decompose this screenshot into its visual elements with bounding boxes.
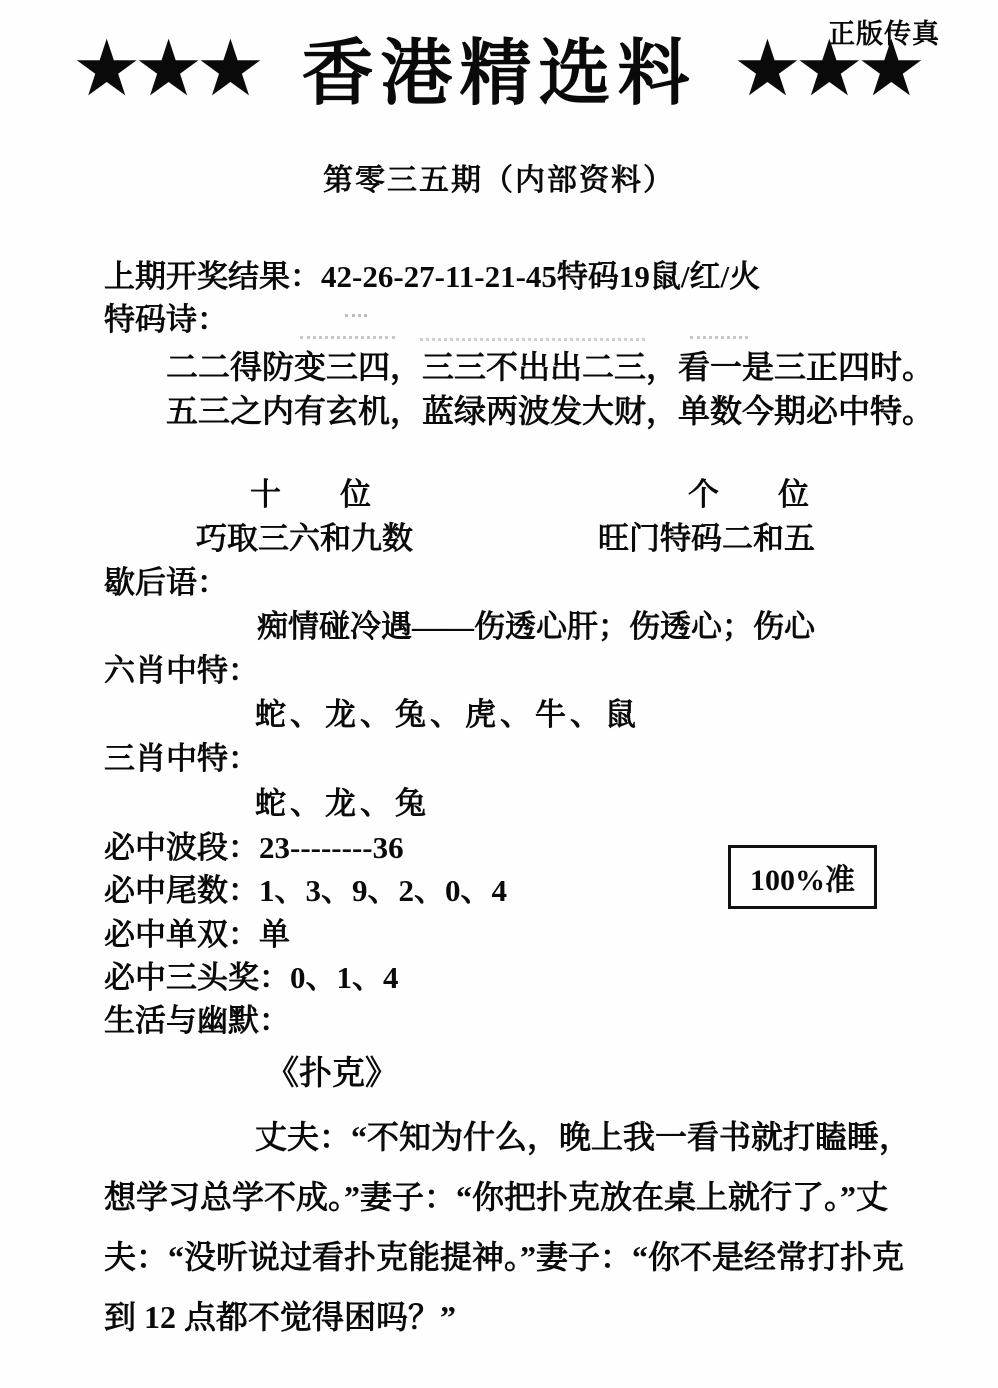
tens-column-tip: 巧取三六和九数	[196, 522, 413, 556]
humor-line-1: 丈夫：“不知为什么，晚上我一看书就打瞌睡，	[255, 1120, 911, 1155]
issue-subtitle: 第零三五期（内部资料）	[0, 155, 998, 199]
prediction-row-tail-numbers: 必中尾数：1、3、9、2、0、4	[104, 874, 507, 908]
prediction-row-head-numbers: 必中三头奖：0、1、4	[104, 961, 399, 995]
stars-right-icon: ★★★	[733, 30, 927, 108]
humor-line-3: 夫：“没听说过看扑克能提神。”妻子：“你不是经常打扑克	[104, 1240, 904, 1275]
units-column-header: 个 位	[688, 478, 823, 512]
last-draw-result: 上期开奖结果：42-26-27-11-21-45特码19鼠/红/火	[104, 260, 760, 294]
three-zodiac-value: 蛇、龙、兔	[255, 787, 430, 821]
accuracy-badge: 100%准	[728, 845, 877, 909]
prediction-row-odd-even: 必中单双：单	[104, 918, 290, 952]
humor-story-title: 《扑克》	[266, 1056, 398, 1092]
poem-line-1: 二二得防变三四，三三不出出二三，看一是三正四时。	[166, 350, 934, 385]
fax-smudge-artifact	[345, 314, 367, 317]
three-zodiac-label: 三肖中特：	[104, 742, 259, 776]
fax-page: 正版传真 ★★★ 香港精选料 ★★★ 第零三五期（内部资料） 上期开奖结果：42…	[0, 0, 998, 1388]
title-row: ★★★ 香港精选料 ★★★	[0, 28, 998, 110]
prediction-value: 1、3、9、2、0、4	[259, 873, 507, 908]
result-label: 上期开奖结果：	[104, 259, 321, 294]
prediction-label: 必中尾数：	[104, 873, 259, 908]
prediction-label: 必中波段：	[104, 830, 259, 865]
units-column-tip: 旺门特码二和五	[598, 522, 815, 556]
xiehouyu-text: 痴情碰冷遇——伤透心肝；伤透心；伤心	[257, 610, 815, 644]
prediction-value: 单	[259, 917, 290, 952]
prediction-value: 0、1、4	[290, 960, 399, 995]
fax-smudge-artifact	[300, 336, 395, 339]
prediction-label: 必中单双：	[104, 917, 259, 952]
poem-label: 特码诗：	[104, 303, 228, 337]
six-zodiac-value: 蛇、龙、兔、虎、牛、鼠	[255, 698, 640, 732]
fax-smudge-artifact	[690, 336, 748, 339]
poem-line-2: 五三之内有玄机，蓝绿两波发大财，单数今期必中特。	[166, 394, 934, 429]
tens-column-header: 十 位	[250, 478, 385, 512]
humor-line-4: 到 12 点都不觉得困吗？”	[104, 1300, 456, 1335]
six-zodiac-label: 六肖中特：	[104, 654, 259, 688]
prediction-row-wave-range: 必中波段：23--------36	[104, 831, 404, 865]
prediction-value: 23--------36	[259, 830, 404, 865]
humor-line-2: 想学习总学不成。”妻子：“你把扑克放在桌上就行了。”丈	[104, 1180, 888, 1215]
accuracy-badge-text: 100%准	[750, 855, 855, 899]
humor-section-label: 生活与幽默：	[104, 1004, 290, 1038]
page-title: 香港精选料	[301, 28, 696, 110]
prediction-label: 必中三头奖：	[104, 960, 290, 995]
result-value: 42-26-27-11-21-45特码19鼠/红/火	[321, 259, 760, 294]
stars-left-icon: ★★★	[72, 30, 266, 108]
fax-smudge-artifact	[420, 338, 645, 341]
xiehouyu-label: 歇后语：	[104, 566, 228, 600]
